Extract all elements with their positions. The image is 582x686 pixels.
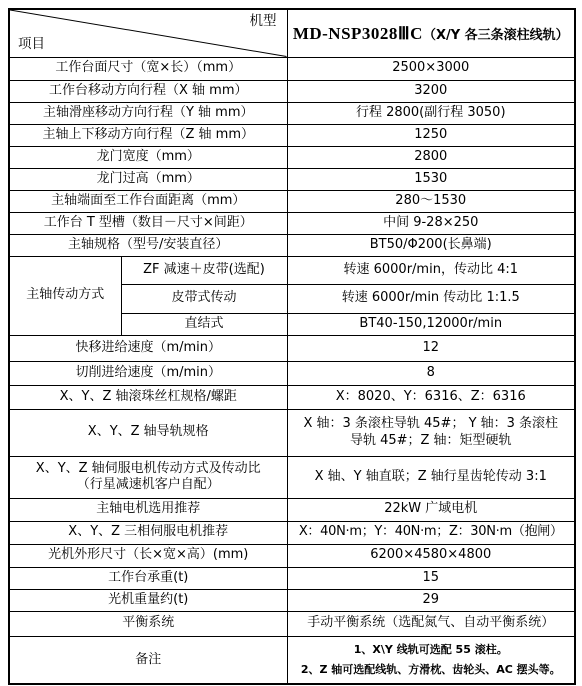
spec-table: 机型 项目 MD-NSP3028ⅢC（X/Y 各三条滚柱线轨） 工作台面尺寸（宽… — [8, 8, 576, 685]
row-label: X、Y、Z 轴滚珠丝杠规格/螺距 — [9, 385, 287, 409]
row-value: 22kW 广域电机 — [287, 498, 575, 521]
table-row: 主轴滑座移动方向行程（Y 轴 mm） 行程 2800(副行程 3050) — [9, 102, 575, 124]
header-corner-cell: 机型 项目 — [9, 9, 287, 57]
row-label: 光机外形尺寸（长×宽×高）(mm) — [9, 544, 287, 567]
model-code: MD-NSP3028ⅢC — [293, 24, 423, 43]
row-value: 中间 9-28×250 — [287, 212, 575, 234]
row-value: 转速 6000r/min，传动比 4:1 — [287, 256, 575, 284]
row-sublabel: ZF 减速＋皮带(选配) — [121, 256, 287, 284]
row-value: BT40-150,12000r/min — [287, 313, 575, 335]
row-value: 15 — [287, 567, 575, 589]
table-row: X、Y、Z 三相伺服电机推荐 X：40N·m；Y：40N·m；Z：30N·m（抱… — [9, 521, 575, 544]
row-value: 2500×3000 — [287, 57, 575, 80]
row-label: 工作台 T 型槽（数目－尺寸×间距） — [9, 212, 287, 234]
spec-sheet: 机型 项目 MD-NSP3028ⅢC（X/Y 各三条滚柱线轨） 工作台面尺寸（宽… — [0, 0, 582, 686]
row-label: 主轴滑座移动方向行程（Y 轴 mm） — [9, 102, 287, 124]
row-label: 工作台承重(t) — [9, 567, 287, 589]
table-row: 工作台面尺寸（宽×长）（mm） 2500×3000 — [9, 57, 575, 80]
row-value: 12 — [287, 335, 575, 361]
table-row: 主轴上下移动方向行程（Z 轴 mm） 1250 — [9, 124, 575, 146]
row-label: 工作台面尺寸（宽×长）（mm） — [9, 57, 287, 80]
row-value: X 轴：3 条滚柱导轨 45#； Y 轴：3 条滚柱 导轨 45#；Z 轴：矩型… — [287, 409, 575, 456]
table-row: 平衡系统 手动平衡系统（选配氮气、自动平衡系统） — [9, 611, 575, 636]
spindle-drive-section-label: 主轴传动方式 — [9, 256, 121, 335]
remark-line-1: 1、X\Y 线轨可选配 55 滚柱。 — [291, 643, 572, 657]
table-row: 龙门宽度（mm） 2800 — [9, 146, 575, 168]
table-row: X、Y、Z 轴伺服电机传动方式及传动比 （行星减速机客户自配） X 轴、Y 轴直… — [9, 456, 575, 498]
row-value: 手动平衡系统（选配氮气、自动平衡系统） — [287, 611, 575, 636]
row-label: X、Y、Z 三相伺服电机推荐 — [9, 521, 287, 544]
row-label: 主轴电机选用推荐 — [9, 498, 287, 521]
row-label: 快移进给速度（m/min） — [9, 335, 287, 361]
row-value: BT50/Φ200(长鼻端) — [287, 234, 575, 256]
remark-value-cell: 1、X\Y 线轨可选配 55 滚柱。 2、Z 轴可选配线轨、方滑枕、齿轮头、AC… — [287, 636, 575, 684]
row-label: X、Y、Z 轴伺服电机传动方式及传动比 （行星减速机客户自配） — [9, 456, 287, 498]
row-label: 主轴上下移动方向行程（Z 轴 mm） — [9, 124, 287, 146]
row-label: 主轴端面至工作台面距离（mm） — [9, 190, 287, 212]
row-value: 行程 2800(副行程 3050) — [287, 102, 575, 124]
row-label: 工作台移动方向行程（X 轴 mm） — [9, 80, 287, 102]
header-row: 机型 项目 MD-NSP3028ⅢC（X/Y 各三条滚柱线轨） — [9, 9, 575, 57]
row-value: X 轴、Y 轴直联；Z 轴行星齿轮传动 3:1 — [287, 456, 575, 498]
row-value: X：8020、Y：6316、Z：6316 — [287, 385, 575, 409]
table-row: 主轴规格（型号/安装直径） BT50/Φ200(长鼻端) — [9, 234, 575, 256]
row-label: 龙门宽度（mm） — [9, 146, 287, 168]
model-suffix: （X/Y 各三条滚柱线轨） — [423, 28, 569, 43]
table-row: 主轴传动方式 ZF 减速＋皮带(选配) 转速 6000r/min，传动比 4:1 — [9, 256, 575, 284]
row-label: X、Y、Z 轴导轨规格 — [9, 409, 287, 456]
header-model-cell: MD-NSP3028ⅢC（X/Y 各三条滚柱线轨） — [287, 9, 575, 57]
table-row: 光机外形尺寸（长×宽×高）(mm) 6200×4580×4800 — [9, 544, 575, 567]
row-sublabel: 直结式 — [121, 313, 287, 335]
remark-line-2: 2、Z 轴可选配线轨、方滑枕、齿轮头、AC 摆头等。 — [291, 663, 572, 677]
row-label: 平衡系统 — [9, 611, 287, 636]
table-row: X、Y、Z 轴导轨规格 X 轴：3 条滚柱导轨 45#； Y 轴：3 条滚柱 导… — [9, 409, 575, 456]
row-label: 光机重量约(t) — [9, 589, 287, 611]
row-label: 切削进给速度（m/min） — [9, 361, 287, 385]
row-label: 主轴规格（型号/安装直径） — [9, 234, 287, 256]
header-item-axis-label: 项目 — [18, 36, 45, 53]
remark-row: 备注 1、X\Y 线轨可选配 55 滚柱。 2、Z 轴可选配线轨、方滑枕、齿轮头… — [9, 636, 575, 684]
row-value: 3200 — [287, 80, 575, 102]
table-row: 主轴电机选用推荐 22kW 广域电机 — [9, 498, 575, 521]
row-value: 2800 — [287, 146, 575, 168]
row-value: 转速 6000r/min 传动比 1:1.5 — [287, 284, 575, 313]
table-row: 龙门过高（mm） 1530 — [9, 168, 575, 190]
table-row: 工作台承重(t) 15 — [9, 567, 575, 589]
diagonal-divider — [10, 10, 287, 57]
row-value: 1530 — [287, 168, 575, 190]
table-row: X、Y、Z 轴滚珠丝杠规格/螺距 X：8020、Y：6316、Z：6316 — [9, 385, 575, 409]
row-value: 280～1530 — [287, 190, 575, 212]
table-row: 主轴端面至工作台面距离（mm） 280～1530 — [9, 190, 575, 212]
row-label: 龙门过高（mm） — [9, 168, 287, 190]
row-value: 6200×4580×4800 — [287, 544, 575, 567]
table-row: 切削进给速度（m/min） 8 — [9, 361, 575, 385]
row-value: X：40N·m；Y：40N·m；Z：30N·m（抱闸） — [287, 521, 575, 544]
header-model-axis-label: 机型 — [250, 13, 277, 30]
table-row: 工作台移动方向行程（X 轴 mm） 3200 — [9, 80, 575, 102]
row-value: 29 — [287, 589, 575, 611]
row-value: 8 — [287, 361, 575, 385]
row-sublabel: 皮带式传动 — [121, 284, 287, 313]
remark-label: 备注 — [9, 636, 287, 684]
table-row: 快移进给速度（m/min） 12 — [9, 335, 575, 361]
table-row: 工作台 T 型槽（数目－尺寸×间距） 中间 9-28×250 — [9, 212, 575, 234]
row-value: 1250 — [287, 124, 575, 146]
table-row: 光机重量约(t) 29 — [9, 589, 575, 611]
